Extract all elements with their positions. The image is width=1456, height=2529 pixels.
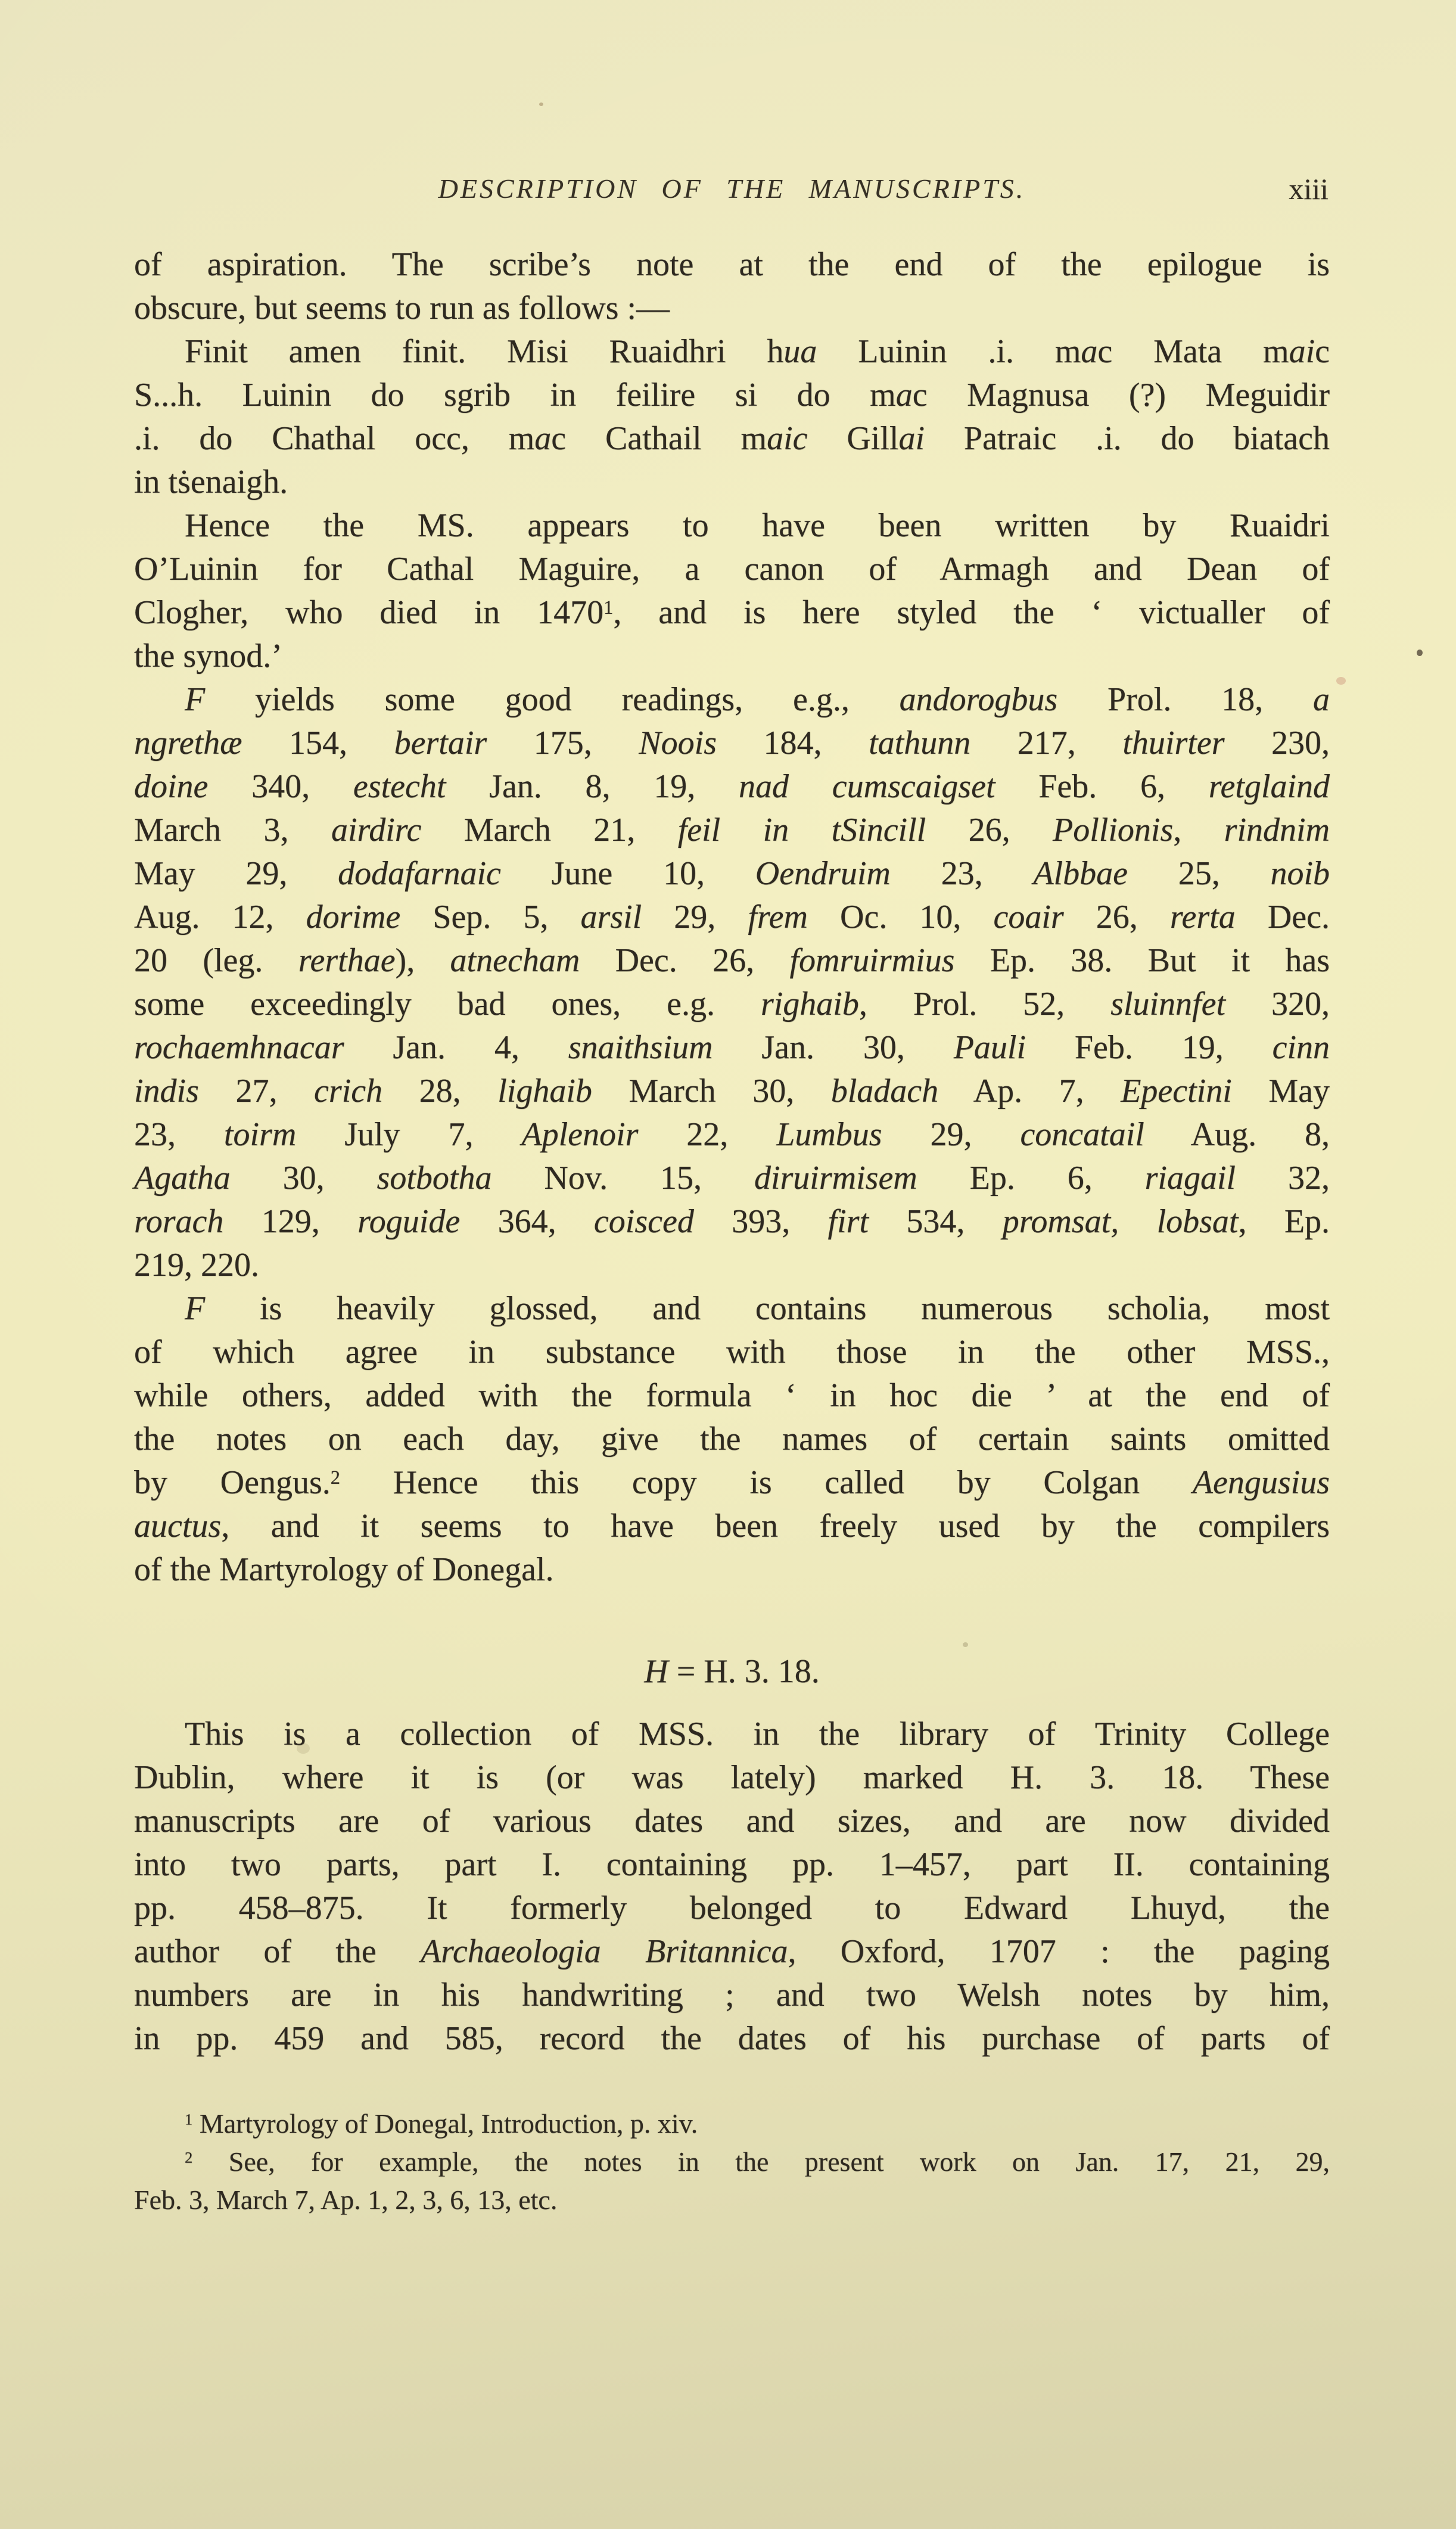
italic-run: atnecham: [450, 942, 580, 979]
text-run: , Ep.: [1238, 1203, 1330, 1240]
italic-run: promsat, lobsat: [1003, 1203, 1239, 1240]
page-number: xiii: [1289, 168, 1329, 210]
text-run: 129,: [223, 1203, 357, 1240]
footnote: 2 See, for example, the notes in the pre…: [134, 2143, 1330, 2219]
italic-run: estecht: [353, 768, 446, 805]
footnote-marker: 1: [603, 597, 613, 619]
text-line: 20 (leg. rerthae), atnecham Dec. 26, fom…: [134, 939, 1330, 983]
text-run: Aug. 8,: [1144, 1116, 1330, 1153]
text-run: 340,: [208, 768, 353, 805]
italic-run: a: [1313, 681, 1330, 718]
footnote-marker: 2: [185, 2149, 192, 2167]
text-run: Luinin .i. m: [817, 333, 1081, 370]
text-run: Nov. 15,: [491, 1160, 754, 1197]
italic-run: lighaib: [497, 1073, 592, 1110]
text-line: by Oengus.2 Hence this copy is called by…: [134, 1461, 1330, 1505]
text-run: obscure, but seems to run as follows :—: [134, 290, 670, 327]
text-run: Jan. 8, 19,: [446, 768, 739, 805]
paragraph: of aspiration. The scribe’s note at the …: [134, 243, 1330, 330]
text-run: 393,: [694, 1203, 828, 1240]
text-line: Aug. 12, dorime Sep. 5, arsil 29, frem O…: [134, 896, 1330, 939]
italic-run: F: [185, 681, 205, 718]
text-run: O’Luinin for Cathal Maguire, a canon of …: [134, 551, 1330, 588]
text-run: Ep. 38. But it has: [954, 942, 1330, 979]
text-line: author of the Archaeologia Britannica, O…: [134, 1930, 1330, 1974]
text-run: 25,: [1128, 855, 1270, 892]
page-content: DESCRIPTION OF THE MANUSCRIPTS. xiii of …: [134, 168, 1330, 2219]
text-line: auctus, and it seems to have been freely…: [134, 1505, 1330, 1548]
text-run: of aspiration. The scribe’s note at the …: [134, 246, 1330, 283]
text-line: numbers are in his handwriting ; and two…: [134, 1974, 1330, 2017]
text-run: , and is here styled the ‘ victualler of: [613, 594, 1330, 631]
paragraph: This is a collection of MSS. in the libr…: [134, 1713, 1330, 2061]
text-run: 219, 220.: [134, 1247, 259, 1284]
italic-run: a: [534, 420, 551, 457]
text-run: Sep. 5,: [400, 899, 580, 936]
text-run: 217,: [970, 725, 1122, 762]
text-run: the notes on each day, give the names of…: [134, 1421, 1330, 1458]
text-run: .i. do Chathal occ, m: [134, 420, 534, 457]
text-run: c: [1315, 333, 1330, 370]
italic-run: toirm: [224, 1116, 296, 1153]
text-run: See, for example, the notes in the prese…: [192, 2146, 1330, 2177]
text-line: into two parts, part I. containing pp. 1…: [134, 1843, 1330, 1887]
text-line: F is heavily glossed, and contains numer…: [134, 1287, 1330, 1331]
text-line: some exceedingly bad ones, e.g. righaib,…: [134, 983, 1330, 1026]
italic-run: firt: [828, 1203, 869, 1240]
text-run: Dec.: [1236, 899, 1330, 936]
italic-run: auctus: [134, 1508, 221, 1545]
italic-run: Epectini: [1121, 1073, 1232, 1110]
italic-run: dorime: [306, 899, 401, 936]
text-run: into two parts, part I. containing pp. 1…: [134, 1846, 1330, 1883]
text-run: Hence the MS. appears to have been writt…: [185, 507, 1330, 544]
text-line: O’Luinin for Cathal Maguire, a canon of …: [134, 548, 1330, 591]
text-run: 175,: [487, 725, 639, 762]
text-line: Finit amen finit. Misi Ruaidhri hua Luin…: [134, 330, 1330, 374]
text-run: June 10,: [501, 855, 755, 892]
text-line: S...h. Luinin do sgrib in feilire si do …: [134, 374, 1330, 417]
text-line: This is a collection of MSS. in the libr…: [134, 1713, 1330, 1756]
italic-run: coair: [993, 899, 1063, 936]
text-run: Jan. 4,: [344, 1029, 568, 1066]
text-run: of which agree in substance with those i…: [134, 1334, 1330, 1371]
text-run: Dec. 26,: [580, 942, 789, 979]
text-run: 534,: [869, 1203, 1003, 1240]
italic-run: ai: [1289, 333, 1315, 370]
text-run: 23,: [891, 855, 1033, 892]
text-run: 320,: [1225, 986, 1330, 1023]
text-line: Hence the MS. appears to have been writt…: [134, 504, 1330, 548]
italic-run: Lumbus: [776, 1116, 882, 1153]
text-run: May 29,: [134, 855, 338, 892]
italic-run: Oendruim: [755, 855, 891, 892]
running-title: DESCRIPTION OF THE MANUSCRIPTS.: [134, 168, 1330, 210]
text-run: 27,: [199, 1073, 314, 1110]
paragraph: Finit amen finit. Misi Ruaidhri hua Luin…: [134, 330, 1330, 504]
italic-run: indis: [134, 1073, 199, 1110]
italic-run: a: [1081, 333, 1097, 370]
text-line: in pp. 459 and 585, record the dates of …: [134, 2017, 1330, 2061]
italic-run: cinn: [1273, 1029, 1330, 1066]
text-run: 23,: [134, 1116, 224, 1153]
italic-run: Pauli: [954, 1029, 1026, 1066]
text-run: 20 (leg.: [134, 942, 298, 979]
footnote: 1 Martyrology of Donegal, Introduction, …: [134, 2105, 1330, 2143]
text-line: March 3, airdirc March 21, feil in tSinc…: [134, 809, 1330, 852]
text-line: rorach 129, roguide 364, coisced 393, fi…: [134, 1200, 1330, 1244]
italic-run: ai: [898, 420, 925, 457]
text-run: 29,: [642, 899, 748, 936]
text-run: numbers are in his handwriting ; and two…: [134, 1977, 1330, 2014]
italic-run: F: [185, 1290, 205, 1327]
italic-run: rochaemhnacar: [134, 1029, 344, 1066]
italic-run: riagail: [1145, 1160, 1236, 1197]
text-run: March 21,: [421, 812, 677, 849]
text-line: 219, 220.: [134, 1244, 1330, 1287]
italic-run: noib: [1270, 855, 1330, 892]
italic-run: rindnim: [1224, 812, 1330, 849]
scan-speck: [1417, 650, 1423, 656]
text-run: Ap. 7,: [938, 1073, 1121, 1110]
text-run: Patraic .i. do biatach: [925, 420, 1330, 457]
footnotes: 1 Martyrology of Donegal, Introduction, …: [134, 2105, 1330, 2219]
italic-run: thuirter: [1122, 725, 1224, 762]
text-line: manuscripts are of various dates and siz…: [134, 1800, 1330, 1843]
text-line: Dublin, where it is (or was lately) mark…: [134, 1756, 1330, 1800]
text-run: Feb. 3, March 7, Ap. 1, 2, 3, 6, 13, etc…: [134, 2185, 557, 2215]
text-run: 154,: [242, 725, 394, 762]
paragraph: F yields some good readings, e.g., andor…: [134, 678, 1330, 1287]
text-run: c Mata m: [1097, 333, 1289, 370]
text-run: of the Martyrology of Donegal.: [134, 1551, 553, 1588]
text-run: pp. 458–875. It formerly belonged to Edw…: [134, 1890, 1330, 1927]
italic-run: aic: [767, 420, 807, 457]
italic-run: feil in tSincill: [678, 812, 926, 849]
italic-run: diruirmisem: [754, 1160, 917, 1197]
italic-run: arsil: [581, 899, 642, 936]
italic-run: ua: [783, 333, 817, 370]
text-run: March 30,: [592, 1073, 831, 1110]
italic-run: Noois: [639, 725, 717, 762]
text-line: the synod.’: [134, 635, 1330, 678]
scan-speck: [539, 102, 543, 106]
text-run: Ep. 6,: [917, 1160, 1145, 1197]
text-line: in tṡenaigh.: [134, 461, 1330, 504]
text-run: Prol. 18,: [1057, 681, 1313, 718]
text-line: while others, added with the formula ‘ i…: [134, 1374, 1330, 1418]
text-run: Dublin, where it is (or was lately) mark…: [134, 1759, 1330, 1796]
italic-run: frem: [748, 899, 808, 936]
text-run: Aug. 12,: [134, 899, 306, 936]
italic-run: Pollionis: [1053, 812, 1173, 849]
italic-run: dodafarnaic: [338, 855, 501, 892]
italic-run: Archaeologia Britannica: [421, 1933, 788, 1970]
footnote-line: Feb. 3, March 7, Ap. 1, 2, 3, 6, 13, etc…: [134, 2181, 1330, 2219]
footnote-line: 1 Martyrology of Donegal, Introduction, …: [134, 2105, 1330, 2143]
paragraph: F is heavily glossed, and contains numer…: [134, 1287, 1330, 1592]
text-line: rochaemhnacar Jan. 4, snaithsium Jan. 30…: [134, 1026, 1330, 1070]
text-line: of the Martyrology of Donegal.: [134, 1548, 1330, 1592]
text-line: the notes on each day, give the names of…: [134, 1418, 1330, 1461]
text-line: of aspiration. The scribe’s note at the …: [134, 243, 1330, 287]
text-run: Feb. 19,: [1026, 1029, 1273, 1066]
italic-run: Albbae: [1033, 855, 1128, 892]
italic-run: snaithsium: [568, 1029, 713, 1066]
text-line: F yields some good readings, e.g., andor…: [134, 678, 1330, 722]
paragraph: Hence the MS. appears to have been writt…: [134, 504, 1330, 678]
text-line: Agatha 30, sotbotha Nov. 15, diruirmisem…: [134, 1157, 1330, 1200]
scan-speck: [1336, 677, 1346, 685]
italic-run: Aengusius: [1193, 1464, 1330, 1501]
text-line: of which agree in substance with those i…: [134, 1331, 1330, 1374]
body-text: of aspiration. The scribe’s note at the …: [134, 243, 1330, 2061]
italic-run: rerta: [1170, 899, 1236, 936]
italic-run: airdirc: [331, 812, 421, 849]
italic-run: righaib: [761, 986, 859, 1023]
text-run: manuscripts are of various dates and siz…: [134, 1803, 1330, 1840]
italic-run: andorogbus: [900, 681, 1058, 718]
text-run: Feb. 6,: [995, 768, 1209, 805]
text-run: March 3,: [134, 812, 331, 849]
text-run: by Oengus.: [134, 1464, 331, 1501]
page-header: DESCRIPTION OF THE MANUSCRIPTS. xiii: [134, 168, 1330, 210]
text-run: Martyrology of Donegal, Introduction, p.…: [192, 2108, 698, 2139]
text-run: 32,: [1236, 1160, 1330, 1197]
text-line: indis 27, crich 28, lighaib March 30, bl…: [134, 1070, 1330, 1113]
italic-run: bertair: [394, 725, 487, 762]
text-run: yields some good readings, e.g.,: [205, 681, 899, 718]
text-run: Gill: [808, 420, 899, 457]
text-run: c Cathail m: [551, 420, 767, 457]
italic-run: rerthae: [298, 942, 396, 979]
text-line: .i. do Chathal occ, mac Cathail maic Gil…: [134, 417, 1330, 461]
text-run: author of the: [134, 1933, 421, 1970]
text-run: is heavily glossed, and contains numerou…: [205, 1290, 1330, 1327]
italic-run: retglaind: [1209, 768, 1330, 805]
text-run: c Magnusa (?) Meguidir: [913, 377, 1330, 414]
text-run: while others, added with the formula ‘ i…: [134, 1377, 1330, 1414]
text-run: in pp. 459 and 585, record the dates of …: [134, 2020, 1330, 2057]
text-line: Clogher, who died in 14701, and is here …: [134, 591, 1330, 635]
scanned-book-page: { "page": { "running_title": "DESCRIPTIO…: [0, 0, 1456, 2529]
footnote-marker: 2: [331, 1467, 340, 1489]
text-line: ngrethæ 154, bertair 175, Noois 184, tat…: [134, 722, 1330, 765]
text-run: ),: [396, 942, 450, 979]
text-line: pp. 458–875. It formerly belonged to Edw…: [134, 1887, 1330, 1930]
text-run: Hence this copy is called by Colgan: [340, 1464, 1193, 1501]
text-run: 230,: [1225, 725, 1330, 762]
text-line: obscure, but seems to run as follows :—: [134, 287, 1330, 330]
text-run: 26,: [1064, 899, 1170, 936]
text-run: 184,: [717, 725, 869, 762]
text-run: Clogher, who died in 1470: [134, 594, 603, 631]
text-run: 364,: [460, 1203, 594, 1240]
section-heading: H = H. 3. 18.: [134, 1650, 1330, 1694]
text-run: ,: [1173, 812, 1224, 849]
text-line: doine 340, estecht Jan. 8, 19, nad cumsc…: [134, 765, 1330, 809]
italic-run: H: [644, 1653, 668, 1690]
italic-run: sotbotha: [377, 1160, 492, 1197]
text-run: 28,: [382, 1073, 497, 1110]
text-run: the synod.’: [134, 638, 282, 675]
text-run: S...h. Luinin do sgrib in feilire si do …: [134, 377, 896, 414]
heading-line: H = H. 3. 18.: [134, 1650, 1330, 1694]
text-run: May: [1232, 1073, 1330, 1110]
text-run: 22,: [638, 1116, 776, 1153]
italic-run: bladach: [831, 1073, 938, 1110]
text-run: = H. 3. 18.: [668, 1653, 820, 1690]
italic-run: fomruirmius: [789, 942, 954, 979]
text-run: This is a collection of MSS. in the libr…: [185, 1716, 1330, 1753]
text-run: in tṡenaigh.: [134, 464, 288, 501]
text-line: 23, toirm July 7, Aplenoir 22, Lumbus 29…: [134, 1113, 1330, 1157]
italic-run: tathunn: [869, 725, 970, 762]
footnote-line: 2 See, for example, the notes in the pre…: [134, 2143, 1330, 2181]
italic-run: sluinnfet: [1110, 986, 1225, 1023]
italic-run: crich: [314, 1073, 382, 1110]
text-run: , Oxford, 1707 : the paging: [788, 1933, 1330, 1970]
italic-run: a: [896, 377, 913, 414]
text-run: July 7,: [296, 1116, 521, 1153]
italic-run: nad cumscaigset: [739, 768, 995, 805]
text-run: 30,: [231, 1160, 377, 1197]
text-run: , Prol. 52,: [859, 986, 1110, 1023]
text-run: 26,: [926, 812, 1053, 849]
text-line: May 29, dodafarnaic June 10, Oendruim 23…: [134, 852, 1330, 896]
text-run: Oc. 10,: [808, 899, 994, 936]
text-run: Finit amen finit. Misi Ruaidhri h: [185, 333, 783, 370]
text-run: , and it seems to have been freely used …: [221, 1508, 1330, 1545]
italic-run: coisced: [594, 1203, 694, 1240]
text-run: Jan. 30,: [713, 1029, 953, 1066]
italic-run: Agatha: [134, 1160, 231, 1197]
italic-run: doine: [134, 768, 208, 805]
italic-run: rorach: [134, 1203, 223, 1240]
footnote-marker: 1: [185, 2111, 192, 2129]
italic-run: roguide: [357, 1203, 460, 1240]
text-run: 29,: [882, 1116, 1021, 1153]
italic-run: Aplenoir: [521, 1116, 638, 1153]
italic-run: ngrethæ: [134, 725, 242, 762]
italic-run: concatail: [1020, 1116, 1144, 1153]
text-run: some exceedingly bad ones, e.g.: [134, 986, 761, 1023]
